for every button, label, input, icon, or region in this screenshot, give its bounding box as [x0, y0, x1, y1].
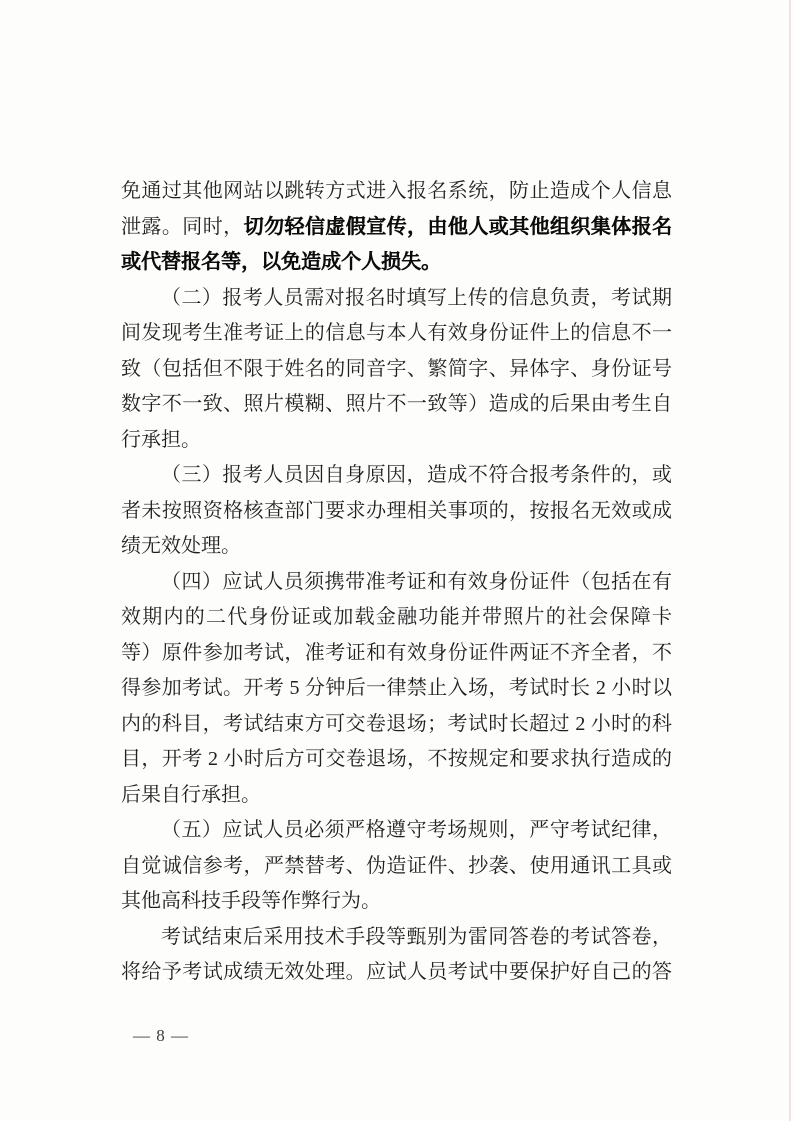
text-segment: （三）报考人员因自身原因，造成不符合报考条件的，或 — [161, 464, 672, 486]
text-segment: 间发现考生准考证上的信息与本人有效身份证件上的信息不一 — [121, 322, 672, 344]
text-segment: （四）应试人员须携带准考证和有效身份证件（包括在有 — [161, 571, 672, 593]
text-segment: 后果自行承担。 — [121, 784, 261, 806]
text-segment: 数字不一致、照片模糊、照片不一致等）造成的后果由考生自 — [121, 393, 672, 415]
paragraph: （四）应试人员须携带准考证和有效身份证件（包括在有效期内的二代身份证或加载金融功… — [121, 565, 672, 814]
emphasized-text: 切勿轻信虚假宣传，由他人或其他组织集体报名 — [244, 216, 672, 238]
text-line: 者未按照资格核查部门要求办理相关事项的，按报名无效或成 — [121, 494, 672, 530]
text-segment: 行承担。 — [121, 429, 201, 451]
paragraph: （三）报考人员因自身原因，造成不符合报考条件的，或者未按照资格核查部门要求办理相… — [121, 458, 672, 565]
scan-edge-artifact — [789, 0, 791, 1121]
text-segment: 其他高科技手段等作弊行为。 — [121, 890, 381, 912]
text-line: 数字不一致、照片模糊、照片不一致等）造成的后果由考生自 — [121, 387, 672, 423]
text-segment: 考试结束后采用技术手段等甄别为雷同答卷的考试答卷， — [161, 926, 672, 948]
text-line: 将给予考试成绩无效处理。应试人员考试中要保护好自己的答 — [121, 955, 672, 991]
text-line: 得参加考试。开考 5 分钟后一律禁止入场，考试时长 2 小时以 — [121, 671, 672, 707]
text-line: 或代替报名等，以免造成个人损失。 — [121, 245, 672, 281]
text-line: 内的科目，考试结束方可交卷退场；考试时长超过 2 小时的科 — [121, 707, 672, 743]
text-line: 免通过其他网站以跳转方式进入报名系统，防止造成个人信息 — [121, 174, 672, 210]
text-segment: 内的科目，考试结束方可交卷退场；考试时长超过 2 小时的科 — [121, 713, 672, 735]
text-segment: 泄露。同时， — [121, 216, 244, 238]
text-line: 效期内的二代身份证或加载金融功能并带照片的社会保障卡 — [121, 600, 672, 636]
text-line: 后果自行承担。 — [121, 778, 672, 814]
paragraph: 免通过其他网站以跳转方式进入报名系统，防止造成个人信息泄露。同时，切勿轻信虚假宣… — [121, 174, 672, 281]
text-line: 考试结束后采用技术手段等甄别为雷同答卷的考试答卷， — [121, 920, 672, 956]
text-line: 目，开考 2 小时后方可交卷退场，不按规定和要求执行造成的 — [121, 742, 672, 778]
document-body: 免通过其他网站以跳转方式进入报名系统，防止造成个人信息泄露。同时，切勿轻信虚假宣… — [121, 174, 672, 991]
text-line: 间发现考生准考证上的信息与本人有效身份证件上的信息不一 — [121, 316, 672, 352]
text-segment: 得参加考试。开考 5 分钟后一律禁止入场，考试时长 2 小时以 — [121, 677, 672, 699]
text-line: （二）报考人员需对报名时填写上传的信息负责，考试期 — [121, 281, 672, 317]
text-line: 泄露。同时，切勿轻信虚假宣传，由他人或其他组织集体报名 — [121, 210, 672, 246]
page-number: — 8 — — [133, 1025, 189, 1047]
text-line: 等）原件参加考试，准考证和有效身份证件两证不齐全者，不 — [121, 636, 672, 672]
text-line: 行承担。 — [121, 423, 672, 459]
text-line: （四）应试人员须携带准考证和有效身份证件（包括在有 — [121, 565, 672, 601]
text-line: 其他高科技手段等作弊行为。 — [121, 884, 672, 920]
text-segment: 免通过其他网站以跳转方式进入报名系统，防止造成个人信息 — [121, 180, 672, 202]
text-segment: 绩无效处理。 — [121, 535, 241, 557]
text-line: 绩无效处理。 — [121, 529, 672, 565]
text-line: （三）报考人员因自身原因，造成不符合报考条件的，或 — [121, 458, 672, 494]
paragraph: （二）报考人员需对报名时填写上传的信息负责，考试期间发现考生准考证上的信息与本人… — [121, 281, 672, 459]
text-segment: 致（包括但不限于姓名的同音字、繁简字、异体字、身份证号 — [121, 358, 672, 380]
text-segment: 将给予考试成绩无效处理。应试人员考试中要保护好自己的答 — [121, 961, 672, 983]
emphasized-text: 或代替报名等，以免造成个人损失。 — [121, 251, 441, 273]
text-line: 自觉诚信参考，严禁替考、伪造证件、抄袭、使用通讯工具或 — [121, 849, 672, 885]
paragraph: 考试结束后采用技术手段等甄别为雷同答卷的考试答卷，将给予考试成绩无效处理。应试人… — [121, 920, 672, 991]
text-segment: 等）原件参加考试，准考证和有效身份证件两证不齐全者，不 — [121, 642, 672, 664]
text-segment: 自觉诚信参考，严禁替考、伪造证件、抄袭、使用通讯工具或 — [121, 855, 672, 877]
text-segment: （五）应试人员必须严格遵守考场规则，严守考试纪律， — [161, 819, 672, 841]
paragraph: （五）应试人员必须严格遵守考场规则，严守考试纪律，自觉诚信参考，严禁替考、伪造证… — [121, 813, 672, 920]
text-segment: 者未按照资格核查部门要求办理相关事项的，按报名无效或成 — [121, 500, 672, 522]
text-segment: 目，开考 2 小时后方可交卷退场，不按规定和要求执行造成的 — [121, 748, 672, 770]
scanned-document-page: 免通过其他网站以跳转方式进入报名系统，防止造成个人信息泄露。同时，切勿轻信虚假宣… — [0, 0, 793, 1121]
text-segment: 效期内的二代身份证或加载金融功能并带照片的社会保障卡 — [121, 606, 672, 628]
text-line: 致（包括但不限于姓名的同音字、繁简字、异体字、身份证号 — [121, 352, 672, 388]
text-segment: （二）报考人员需对报名时填写上传的信息负责，考试期 — [161, 287, 672, 309]
text-line: （五）应试人员必须严格遵守考场规则，严守考试纪律， — [121, 813, 672, 849]
